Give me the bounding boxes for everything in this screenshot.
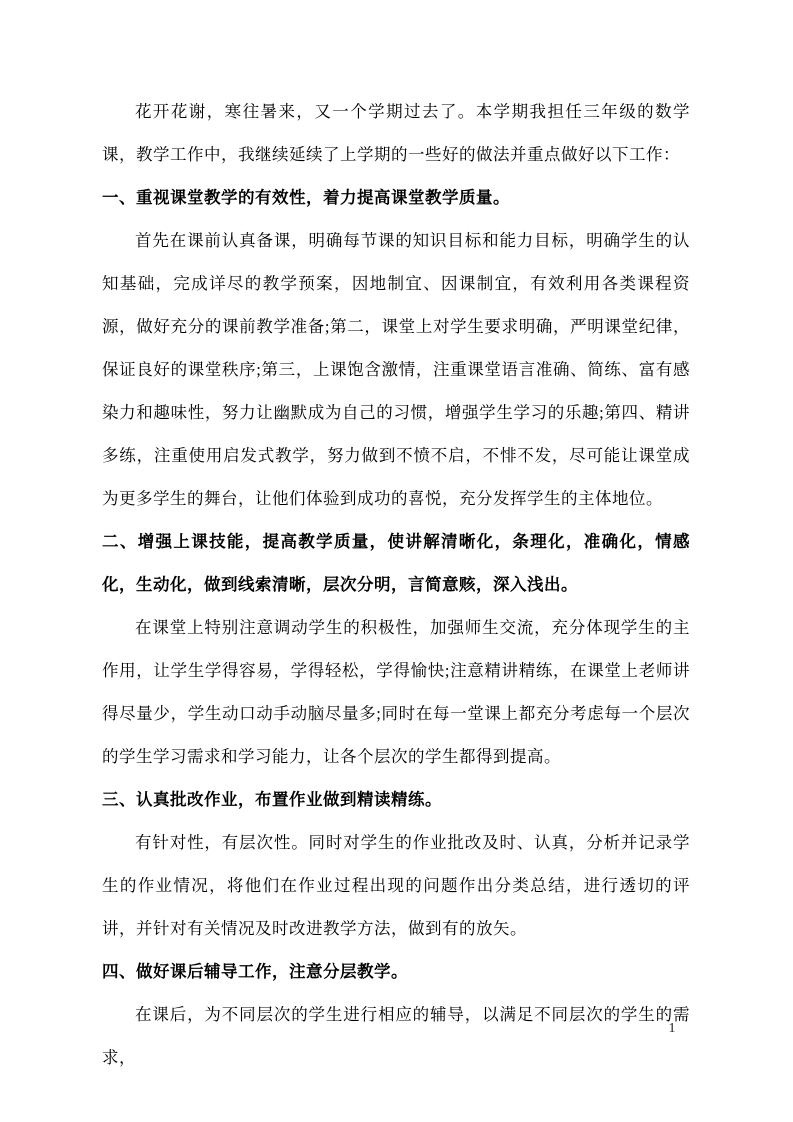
heading-section-3: 三、认真批改作业，布置作业做到精读精练。 <box>102 778 690 821</box>
document-page: 花开花谢，寒往暑来，又一个学期过去了。本学期我担任三年级的数学课，教学工作中，我… <box>0 0 793 1122</box>
paragraph-section-2: 在课堂上特别注意调动学生的积极性，加强师生交流，充分体现学生的主作用，让学生学得… <box>102 606 690 778</box>
paragraph-section-1: 首先在课前认真备课，明确每节课的知识目标和能力目标，明确学生的认知基础，完成详尽… <box>102 219 690 520</box>
paragraph-section-4: 在课后，为不同层次的学生进行相应的辅导，以满足不同层次的学生的需求， <box>102 993 690 1079</box>
paragraph-section-3: 有针对性，有层次性。同时对学生的作业批改及时、认真，分析并记录学生的作业情况，将… <box>102 821 690 950</box>
document-body: 花开花谢，寒往暑来，又一个学期过去了。本学期我担任三年级的数学课，教学工作中，我… <box>102 90 690 1079</box>
heading-section-1: 一、重视课堂教学的有效性，着力提高课堂教学质量。 <box>102 176 690 219</box>
paragraph-intro: 花开花谢，寒往暑来，又一个学期过去了。本学期我担任三年级的数学课，教学工作中，我… <box>102 90 690 176</box>
page-number: 1 <box>660 1020 684 1038</box>
heading-section-4: 四、做好课后辅导工作，注意分层教学。 <box>102 950 690 993</box>
heading-section-2: 二、增强上课技能，提高教学质量，使讲解清晰化，条理化，准确化，情感化，生动化，做… <box>102 520 690 606</box>
